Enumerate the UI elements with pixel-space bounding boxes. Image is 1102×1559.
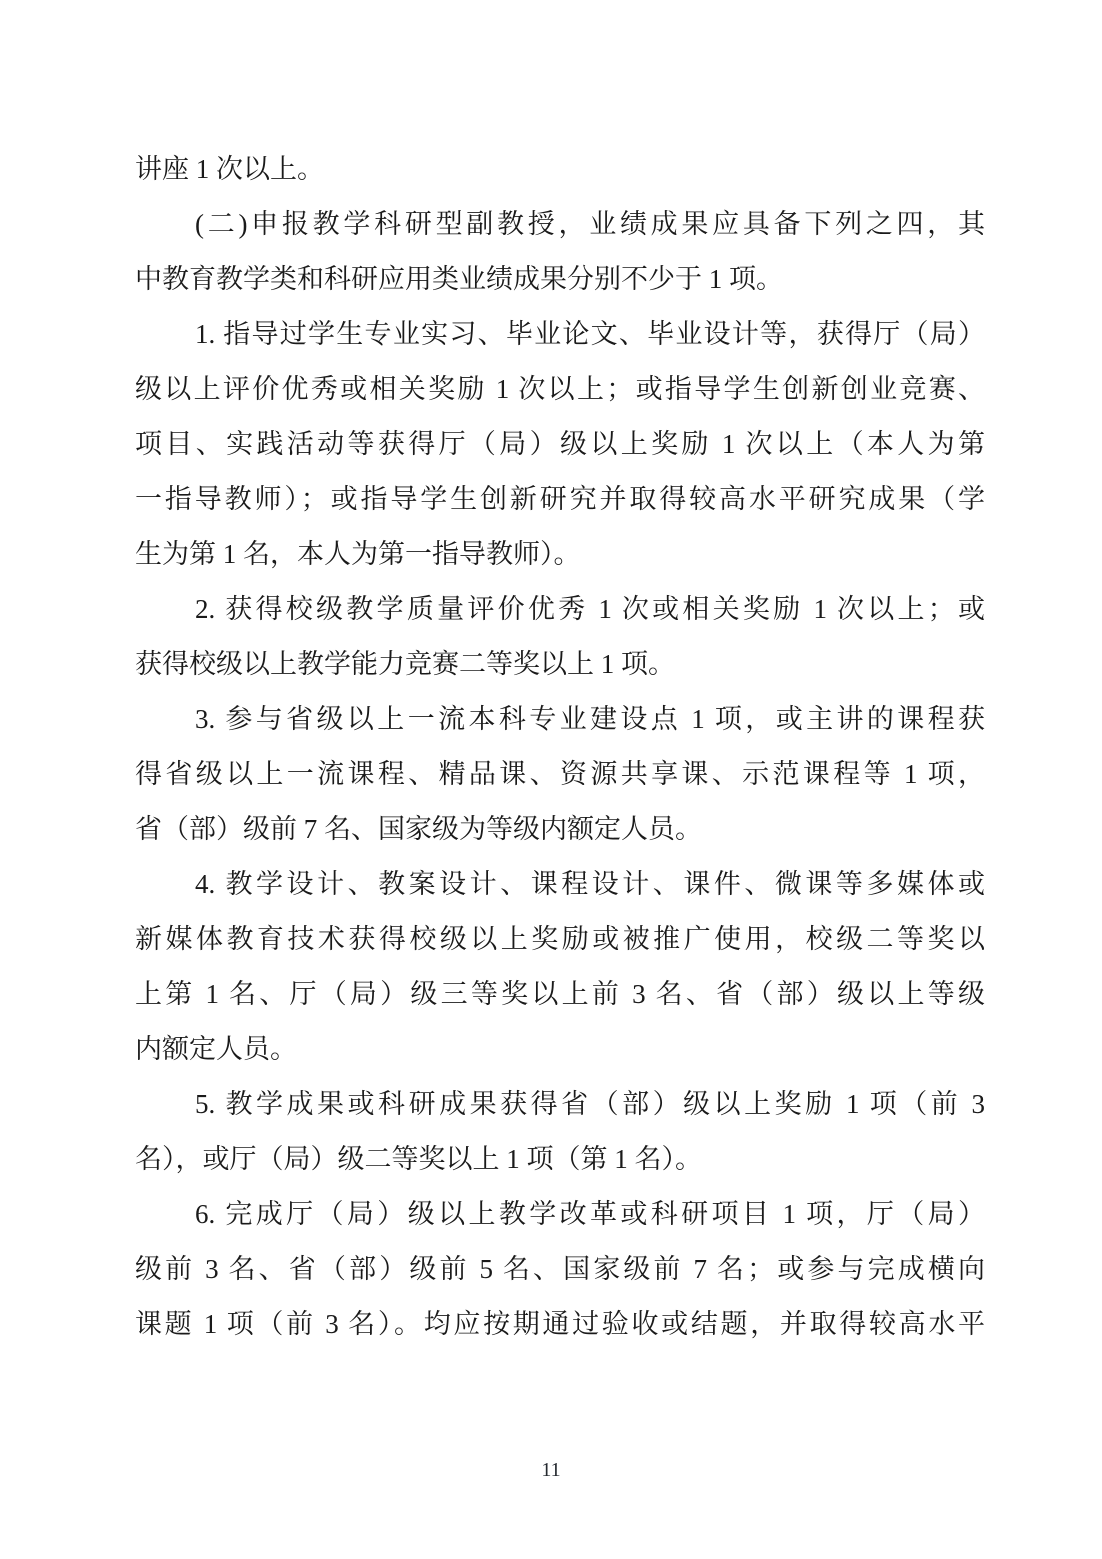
text-line: 讲座 1 次以上。 [135, 142, 985, 197]
text-line: 一指导教师）；或指导学生创新研究并取得较高水平研究成果（学 [135, 472, 985, 527]
document-page: { "document": { "language": "zh-CN", "pa… [0, 0, 1102, 1559]
text-line: 5. 教学成果或科研成果获得省（部）级以上奖励 1 项（前 3 [135, 1077, 985, 1132]
text-line: 4. 教学设计、教案设计、课程设计、课件、微课等多媒体或 [135, 857, 985, 912]
document-body: 讲座 1 次以上。(二)申报教学科研型副教授，业绩成果应具备下列之四，其中教育教… [135, 142, 985, 1352]
text-line: 2. 获得校级教学质量评价优秀 1 次或相关奖励 1 次以上；或 [135, 582, 985, 637]
text-line: 上第 1 名、厅（局）级三等奖以上前 3 名、省（部）级以上等级 [135, 967, 985, 1022]
text-line: 获得校级以上教学能力竞赛二等奖以上 1 项。 [135, 637, 985, 692]
paragraph: 6. 完成厅（局）级以上教学改革或科研项目 1 项，厅（局）级前 3 名、省（部… [135, 1187, 985, 1352]
text-line: 6. 完成厅（局）级以上教学改革或科研项目 1 项，厅（局） [135, 1187, 985, 1242]
paragraph: 5. 教学成果或科研成果获得省（部）级以上奖励 1 项（前 3名），或厅（局）级… [135, 1077, 985, 1187]
text-line: 3. 参与省级以上一流本科专业建设点 1 项，或主讲的课程获 [135, 692, 985, 747]
paragraph: 2. 获得校级教学质量评价优秀 1 次或相关奖励 1 次以上；或获得校级以上教学… [135, 582, 985, 692]
text-line: 中教育教学类和科研应用类业绩成果分别不少于 1 项。 [135, 252, 985, 307]
text-line: 课题 1 项（前 3 名）。均应按期通过验收或结题，并取得较高水平 [135, 1297, 985, 1352]
text-line: 1. 指导过学生专业实习、毕业论文、毕业设计等，获得厅（局） [135, 307, 985, 362]
text-line: 内额定人员。 [135, 1022, 985, 1077]
text-line: 得省级以上一流课程、精品课、资源共享课、示范课程等 1 项， [135, 747, 985, 802]
text-line: 级以上评价优秀或相关奖励 1 次以上；或指导学生创新创业竞赛、 [135, 362, 985, 417]
paragraph: (二)申报教学科研型副教授，业绩成果应具备下列之四，其中教育教学类和科研应用类业… [135, 197, 985, 307]
text-line: 级前 3 名、省（部）级前 5 名、国家级前 7 名；或参与完成横向 [135, 1242, 985, 1297]
page-number: 11 [0, 1455, 1102, 1485]
text-line: (二)申报教学科研型副教授，业绩成果应具备下列之四，其 [135, 197, 985, 252]
text-line: 名），或厅（局）级二等奖以上 1 项（第 1 名）。 [135, 1132, 985, 1187]
paragraph: 讲座 1 次以上。 [135, 142, 985, 197]
page-canvas: 讲座 1 次以上。(二)申报教学科研型副教授，业绩成果应具备下列之四，其中教育教… [0, 0, 1102, 1559]
paragraph: 4. 教学设计、教案设计、课程设计、课件、微课等多媒体或新媒体教育技术获得校级以… [135, 857, 985, 1077]
text-line: 省（部）级前 7 名、国家级为等级内额定人员。 [135, 802, 985, 857]
text-line: 新媒体教育技术获得校级以上奖励或被推广使用，校级二等奖以 [135, 912, 985, 967]
paragraph: 3. 参与省级以上一流本科专业建设点 1 项，或主讲的课程获得省级以上一流课程、… [135, 692, 985, 857]
text-line: 生为第 1 名，本人为第一指导教师）。 [135, 527, 985, 582]
text-line: 项目、实践活动等获得厅（局）级以上奖励 1 次以上（本人为第 [135, 417, 985, 472]
paragraph: 1. 指导过学生专业实习、毕业论文、毕业设计等，获得厅（局）级以上评价优秀或相关… [135, 307, 985, 582]
